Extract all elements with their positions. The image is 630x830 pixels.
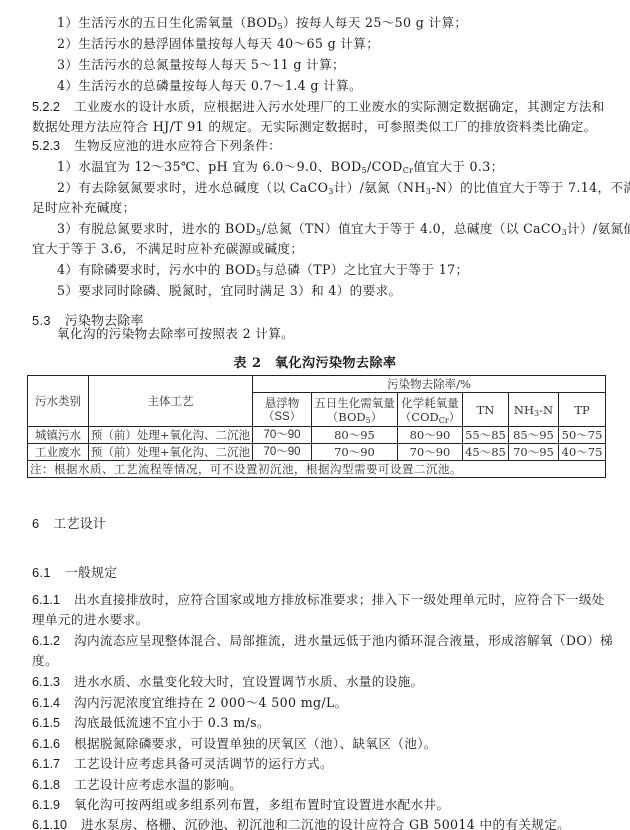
- header-cod-text: （COD: [400, 410, 439, 424]
- item-text: /COD: [367, 159, 403, 174]
- clause-5-2-2: 5.2.2工业废水的设计水质，应根据进入污水处理厂的工业废水的实际测定数据确定，…: [32, 99, 605, 115]
- header-removal-rate-group: 污染物去除率/%: [253, 376, 606, 393]
- header-cod-line1: 化学耗氧量: [398, 396, 462, 410]
- clause-text: 工艺设计应考虑具备可灵活调节的运行方式。: [74, 756, 333, 771]
- removal-rate-table: 污水类别 主体工艺 污染物去除率/% 悬浮物（SS） 五日生化需氧量（BOD5）…: [27, 375, 606, 478]
- subscript: Cr: [403, 166, 414, 175]
- table-note-row: 注：根据水质、工艺流程等情况，可不设置初沉池，根据沟型需要可设置二沉池。: [28, 461, 606, 478]
- header-bod-line1: 五日生化需氧量: [312, 396, 397, 410]
- clause-6-1-5: 6.1.5沟底最低流速不宜小于 0.3 m/s。: [32, 715, 270, 731]
- clause-text: 根据脱氮除磷要求，可设置单独的厌氧区（池）、缺氧区（池）。: [74, 736, 437, 751]
- clause-number: 6.1.7: [32, 757, 60, 771]
- item-number: 2）: [57, 180, 78, 195]
- subscript: Cr: [439, 416, 449, 425]
- header-cod-text: ）: [449, 410, 461, 424]
- cell-tn: 45～85: [463, 444, 509, 461]
- clause-6-1-2-cont: 度。: [32, 653, 58, 669]
- list-item-bod: 1）生活污水的五日生化需氧量（BOD5）按每人每天 25～50 g 计算；: [57, 15, 467, 31]
- cell-process: 预（前）处理+氧化沟、二沉池: [89, 427, 253, 444]
- clause-6-1-7: 6.1.7工艺设计应考虑具备可灵活调节的运行方式。: [32, 756, 333, 772]
- header-nh3n: NH3-N: [509, 393, 559, 427]
- clause-text: 氧化沟可按两组或多组系列布置，多组布置时宜设置进水配水井。: [74, 797, 449, 812]
- clause-text: 工艺设计应考虑水温的影响。: [74, 777, 242, 792]
- cell-cod: 80～90: [398, 427, 463, 444]
- item-text: /总氮（TN）值宜大于等于 4.0，总碱度（以 CaCO: [261, 221, 561, 236]
- clause-number: 6.1.5: [32, 716, 60, 730]
- item-text: 计）/氨氮值: [567, 221, 630, 236]
- clause-text: 进水泵房、格栅、沉砂池、初沉池和二沉池的设计应符合 GB 50014 中的有关规…: [81, 817, 570, 830]
- item-number: 1）: [57, 159, 78, 174]
- item-text: 生活污水的总磷量按每人每天 0.7～1.4 g 计算。: [78, 78, 362, 93]
- table-note: 注：根据水质、工艺流程等情况，可不设置初沉池，根据沟型需要可设置二沉池。: [28, 461, 606, 478]
- clause-number: 6.1.10: [32, 818, 67, 830]
- cell-tp: 40～75: [559, 444, 606, 461]
- condition-item-3-cont: 宜大于等于 3.6，不满足时应补充碳源或碱度；: [32, 241, 303, 257]
- item-text: 足时应补充碱度；: [32, 200, 136, 215]
- cell-type: 工业废水: [28, 444, 89, 461]
- clause-number: 6.1.1: [32, 593, 60, 607]
- cell-cod: 70～90: [398, 444, 463, 461]
- clause-number: 6.1.2: [32, 634, 60, 648]
- header-ss: 悬浮物（SS）: [253, 393, 312, 427]
- section-heading-6: 6工艺设计: [32, 516, 106, 532]
- section-number: 5.3: [32, 313, 51, 328]
- cell-type: 城镇污水: [28, 427, 89, 444]
- clause-6-1-3: 6.1.3进水水质、水量变化较大时，宜设置调节水质、水量的设施。: [32, 674, 424, 690]
- item-number: 3）: [57, 57, 78, 72]
- cell-nh3n: 85～95: [509, 427, 559, 444]
- header-nh3-text: NH: [514, 403, 534, 417]
- clause-number: 6.1.4: [32, 696, 60, 710]
- clause-number: 5.2.3: [32, 139, 60, 153]
- cell-bod: 70～90: [312, 444, 398, 461]
- item-number: 4）: [57, 78, 78, 93]
- list-item-tp: 4）生活污水的总磷量按每人每天 0.7～1.4 g 计算。: [57, 78, 362, 94]
- item-text: 有除磷要求时，污水中的 BOD: [78, 262, 256, 277]
- cell-ss: 70～90: [253, 427, 312, 444]
- item-text: 生活污水的总氮量按每人每天 5～11 g 计算；: [78, 57, 345, 72]
- clause-6-1-1: 6.1.1出水直接排放时，应符合国家或地方排放标准要求；排入下一级处理单元时，应…: [32, 592, 605, 608]
- item-number: 3）: [57, 221, 78, 236]
- clause-number: 6.1.3: [32, 675, 60, 689]
- item-text: 有脱总氮要求时，进水的 BOD: [78, 221, 256, 236]
- item-text: 计）/氨氮（NH: [334, 180, 426, 195]
- table-row: 工业废水 预（前）处理+氧化沟、二沉池 70～90 70～90 70～90 45…: [28, 444, 606, 461]
- section-heading-6-1: 6.1一般规定: [32, 565, 117, 581]
- clause-number: 5.2.2: [32, 100, 60, 114]
- clause-6-1-1-cont: 理单元的进水要求。: [32, 612, 149, 628]
- header-bod-text: （BOD: [327, 410, 366, 424]
- clause-number: 6.1.8: [32, 778, 60, 792]
- body-text: 氧化沟的污染物去除率可按照表 2 计算。: [57, 326, 294, 341]
- item-text: -N）的比值宜大于等于 7.14，不满: [431, 180, 630, 195]
- item-number: 1）: [57, 15, 78, 30]
- item-text: 与总磷（TP）之比宜大于等于 17；: [261, 262, 468, 277]
- table-row: 城镇污水 预（前）处理+氧化沟、二沉池 70～90 80～95 80～90 55…: [28, 427, 606, 444]
- condition-item-2-cont: 足时应补充碱度；: [32, 200, 136, 216]
- header-tp: TP: [559, 393, 606, 427]
- header-nh3-text: -N: [539, 403, 553, 417]
- clause-text: 沟内流态应呈现整体混合、局部推流，进水量远低于池内循环混合液量，形成溶解氧（DO…: [74, 633, 613, 648]
- cell-process: 预（前）处理+氧化沟、二沉池: [89, 444, 253, 461]
- clause-text: 进水水质、水量变化较大时，宜设置调节水质、水量的设施。: [74, 674, 423, 689]
- clause-6-1-9: 6.1.9氧化沟可按两组或多组系列布置，多组布置时宜设置进水配水井。: [32, 797, 449, 813]
- table-caption: 表 2 氧化沟污染物去除率: [0, 352, 630, 371]
- cell-tp: 50～75: [559, 427, 606, 444]
- clause-text: 生物反应池的进水应符合下列条件：: [74, 138, 281, 153]
- section-5-3-body: 氧化沟的污染物去除率可按照表 2 计算。: [57, 326, 294, 342]
- condition-item-2: 2）有去除氨氮要求时，进水总碱度（以 CaCO3计）/氨氮（NH3-N）的比值宜…: [57, 180, 630, 196]
- clause-text: 理单元的进水要求。: [32, 612, 149, 627]
- header-wastewater-type: 污水类别: [28, 376, 89, 427]
- clause-5-2-3: 5.2.3生物反应池的进水应符合下列条件：: [32, 138, 281, 154]
- section-title: 工艺设计: [53, 516, 106, 531]
- cell-tn: 55～85: [463, 427, 509, 444]
- item-text: ）按每人每天 25～50 g 计算；: [283, 15, 467, 30]
- list-item-tn: 3）生活污水的总氮量按每人每天 5～11 g 计算；: [57, 57, 345, 73]
- item-number: 4）: [57, 262, 78, 277]
- clause-6-1-8: 6.1.8工艺设计应考虑水温的影响。: [32, 777, 242, 793]
- header-cod-line2: （CODCr）: [398, 410, 462, 424]
- item-text: 有去除氨氮要求时，进水总碱度（以 CaCO: [78, 180, 328, 195]
- clause-6-1-2: 6.1.2沟内流态应呈现整体混合、局部推流，进水量远低于池内循环混合液量，形成溶…: [32, 633, 613, 649]
- clause-text: 出水直接排放时，应符合国家或地方排放标准要求；排入下一级处理单元时，应符合下一级…: [74, 592, 605, 607]
- header-bod: 五日生化需氧量（BOD5）: [312, 393, 398, 427]
- condition-item-3: 3）有脱总氮要求时，进水的 BOD5/总氮（TN）值宜大于等于 4.0，总碱度（…: [57, 221, 630, 237]
- item-text: 值宜大于 0.3；: [413, 159, 503, 174]
- clause-text: 度。: [32, 653, 58, 668]
- item-number: 5）: [57, 283, 78, 298]
- clause-text: 数据处理方法应符合 HJ/T 91 的规定。无实际测定数据时，可参照类似工厂的排…: [32, 119, 597, 134]
- list-item-ss: 2）生活污水的悬浮固体量按每人每天 40～65 g 计算；: [57, 36, 379, 52]
- clause-text: 沟内污泥浓度宜维持在 2 000～4 500 mg/L。: [74, 695, 348, 710]
- item-text: 宜大于等于 3.6，不满足时应补充碳源或碱度；: [32, 241, 303, 256]
- clause-text: 沟底最低流速不宜小于 0.3 m/s。: [74, 715, 270, 730]
- condition-item-4: 4）有除磷要求时，污水中的 BOD5与总磷（TP）之比宜大于等于 17；: [57, 262, 468, 278]
- clause-6-1-6: 6.1.6根据脱氮除磷要求，可设置单独的厌氧区（池）、缺氧区（池）。: [32, 736, 437, 752]
- clause-number: 6.1.6: [32, 737, 60, 751]
- header-cod: 化学耗氧量（CODCr）: [398, 393, 463, 427]
- item-text: 生活污水的五日生化需氧量（BOD: [78, 15, 277, 30]
- item-text: 生活污水的悬浮固体量按每人每天 40～65 g 计算；: [78, 36, 379, 51]
- header-tn: TN: [463, 393, 509, 427]
- header-bod-text: ）: [371, 410, 383, 424]
- cell-ss: 70～90: [253, 444, 312, 461]
- condition-item-1: 1）水温宜为 12～35℃、pH 宜为 6.0～9.0、BOD5/CODCr值宜…: [57, 159, 504, 175]
- clause-text: 工业废水的设计水质，应根据进入污水处理厂的工业废水的实际测定数据确定，其测定方法…: [74, 99, 605, 114]
- section-title: 一般规定: [65, 565, 118, 580]
- header-ss-line2: （SS）: [253, 410, 311, 424]
- item-text: 水温宜为 12～35℃、pH 宜为 6.0～9.0、BOD: [78, 159, 361, 174]
- section-number: 6: [32, 516, 39, 531]
- clause-number: 6.1.9: [32, 798, 60, 812]
- header-bod-line2: （BOD5）: [312, 410, 397, 424]
- section-number: 6.1: [32, 565, 51, 580]
- clause-5-2-2-cont: 数据处理方法应符合 HJ/T 91 的规定。无实际测定数据时，可参照类似工厂的排…: [32, 119, 597, 135]
- cell-nh3n: 70～95: [509, 444, 559, 461]
- item-number: 2）: [57, 36, 78, 51]
- condition-item-5: 5）要求同时除磷、脱氮时，宜同时满足 3）和 4）的要求。: [57, 283, 401, 299]
- clause-6-1-10: 6.1.10进水泵房、格栅、沉砂池、初沉池和二沉池的设计应符合 GB 50014…: [32, 817, 570, 830]
- header-main-process: 主体工艺: [89, 376, 253, 427]
- cell-bod: 80～95: [312, 427, 398, 444]
- header-ss-line1: 悬浮物: [253, 396, 311, 410]
- item-text: 要求同时除磷、脱氮时，宜同时满足 3）和 4）的要求。: [78, 283, 401, 298]
- clause-6-1-4: 6.1.4沟内污泥浓度宜维持在 2 000～4 500 mg/L。: [32, 695, 348, 711]
